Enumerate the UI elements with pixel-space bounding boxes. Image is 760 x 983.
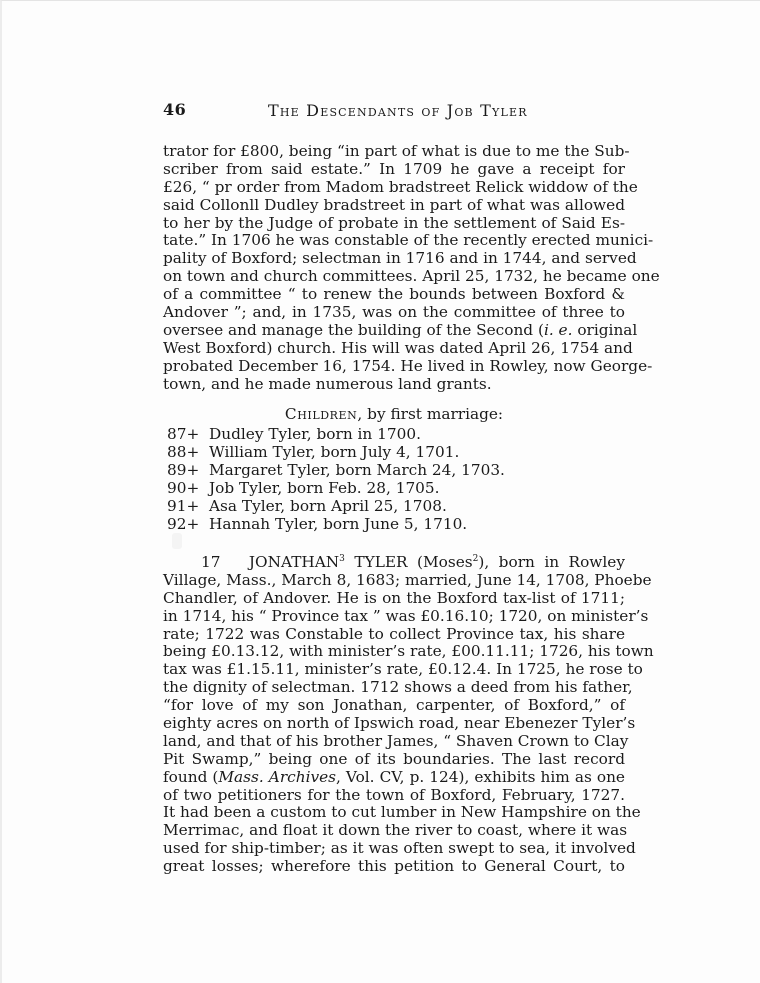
- text-line: of a committee “ to renew the bounds bet…: [163, 286, 625, 304]
- text-line: scriber from said estate.” In 1709 he ga…: [163, 161, 625, 179]
- text-line: eighty acres on north of Ipswich road, n…: [163, 715, 625, 733]
- text-line: to her by the Judge of probate in the se…: [163, 215, 625, 233]
- entry-number: 17: [201, 553, 220, 571]
- entry-first-line: 17 JONATHAN3 TYLER (Moses2), born in Row…: [163, 554, 625, 572]
- entry-parent: Moses: [423, 553, 473, 571]
- text-line: Village, Mass., March 8, 1683; married, …: [163, 572, 625, 590]
- running-title: The Descendants of Job Tyler: [268, 101, 528, 120]
- children-heading: Children, by first marriage:: [163, 405, 625, 423]
- child-text: Margaret Tyler, born March 24, 1703.: [209, 461, 505, 479]
- child-text: William Tyler, born July 4, 1701.: [209, 443, 459, 461]
- child-number: 90+: [167, 479, 209, 497]
- list-item: 91+Asa Tyler, born April 25, 1708.: [167, 497, 505, 515]
- running-head: 46 The Descendants of Job Tyler: [163, 100, 623, 122]
- citation-after: , Vol. CV, p. 124), exhibits him as one: [336, 768, 625, 786]
- list-item: 87+Dudley Tyler, born in 1700.: [167, 425, 505, 443]
- text-line: “for love of my son Jonathan, carpenter,…: [163, 697, 625, 715]
- text-line: pality of Boxford; selectman in 1716 and…: [163, 250, 625, 268]
- child-text: Hannah Tyler, born June 5, 1710.: [209, 515, 467, 533]
- children-heading-rest: , by first marriage:: [357, 405, 503, 423]
- scan-artifact: [172, 533, 182, 549]
- list-item: 88+William Tyler, born July 4, 1701.: [167, 443, 505, 461]
- citation-line: found (Mass. Archives, Vol. CV, p. 124),…: [163, 769, 625, 787]
- text-line: land, and that of his brother James, “ S…: [163, 733, 625, 751]
- page-number: 46: [163, 100, 186, 119]
- italic-abbreviation: i. e.: [544, 321, 573, 339]
- child-text: Dudley Tyler, born in 1700.: [209, 425, 421, 443]
- citation-source: Mass. Archives: [218, 768, 336, 786]
- child-text: Job Tyler, born Feb. 28, 1705.: [209, 479, 440, 497]
- text-line: £26, “ pr order from Madom bradstreet Re…: [163, 179, 625, 197]
- text-line: in 1714, his “ Province tax ” was £0.16.…: [163, 608, 625, 626]
- text-line: rate; 1722 was Constable to collect Prov…: [163, 626, 625, 644]
- entry-first-line-rest: ), born in Rowley: [478, 553, 625, 571]
- entry-name: JONATHAN: [249, 553, 339, 571]
- text-line: used for ship-timber; as it was often sw…: [163, 840, 625, 858]
- entry-jonathan-tyler: 17 JONATHAN3 TYLER (Moses2), born in Row…: [163, 554, 625, 876]
- child-text: Asa Tyler, born April 25, 1708.: [209, 497, 447, 515]
- text-line: It had been a custom to cut lumber in Ne…: [163, 804, 625, 822]
- text-line: oversee and manage the building of the S…: [163, 322, 625, 340]
- children-list: 87+Dudley Tyler, born in 1700. 88+Willia…: [167, 425, 505, 533]
- text-line: probated December 16, 1754. He lived in …: [163, 358, 625, 376]
- child-number: 88+: [167, 443, 209, 461]
- text-line: town, and he made numerous land grants.: [163, 376, 625, 394]
- text-line: the dignity of selectman. 1712 shows a d…: [163, 679, 625, 697]
- text-line: trator for £800, being “in part of what …: [163, 143, 625, 161]
- list-item: 89+Margaret Tyler, born March 24, 1703.: [167, 461, 505, 479]
- children-heading-smallcaps: Children: [285, 405, 358, 423]
- text-line: Chandler, of Andover. He is on the Boxfo…: [163, 590, 625, 608]
- text-line: being £0.13.12, with minister’s rate, £0…: [163, 643, 625, 661]
- child-number: 87+: [167, 425, 209, 443]
- generation-superscript: 3: [339, 554, 345, 564]
- text-line: West Boxford) church. His will was dated…: [163, 340, 625, 358]
- text-line: tax was £1.15.11, minister’s rate, £0.12…: [163, 661, 625, 679]
- text-line: Merrimac, and float it down the river to…: [163, 822, 625, 840]
- text-line: on town and church committees. April 25,…: [163, 268, 625, 286]
- citation-before: found (: [163, 768, 218, 786]
- child-number: 92+: [167, 515, 209, 533]
- child-number: 91+: [167, 497, 209, 515]
- child-number: 89+: [167, 461, 209, 479]
- paragraph-continued: trator for £800, being “in part of what …: [163, 143, 625, 393]
- entry-surname: TYLER: [354, 553, 407, 571]
- text-line: Andover ”; and, in 1735, was on the comm…: [163, 304, 625, 322]
- text-line: tate.” In 1706 he was constable of the r…: [163, 232, 625, 250]
- text-line: great losses; wherefore this petition to…: [163, 858, 625, 876]
- text-line: of two petitioners for the town of Boxfo…: [163, 787, 625, 805]
- text-line: Pit Swamp,” being one of its boundaries.…: [163, 751, 625, 769]
- text-line: said Collonll Dudley bradstreet in part …: [163, 197, 625, 215]
- list-item: 92+Hannah Tyler, born June 5, 1710.: [167, 515, 505, 533]
- list-item: 90+Job Tyler, born Feb. 28, 1705.: [167, 479, 505, 497]
